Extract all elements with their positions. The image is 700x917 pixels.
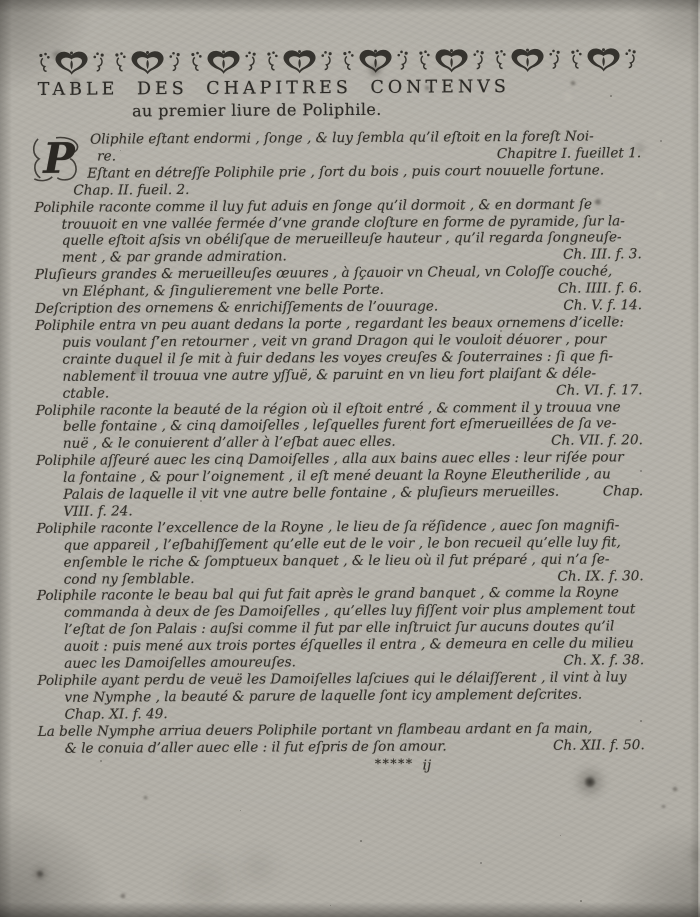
chapter-folio-ref: Ch. IIII. f. 6.	[546, 280, 642, 297]
toc-line-text: nablement il trouua vne autre yſſuë, & p…	[62, 365, 596, 385]
chapter-folio-ref: Chapitre I. fueillet 1.	[485, 145, 641, 163]
toc-line: & le conuia d’aller auec elle : il fut e…	[38, 737, 645, 758]
ornament-band	[35, 45, 639, 77]
toc-list: Oliphile eſtant endormi , ſonge , & luy …	[34, 128, 645, 757]
toc-line-text: vn Eléphant, & ſingulierement vne belle …	[62, 282, 384, 301]
toc-entry: Poliphile aſſeuré auec les cinq Damoiſel…	[36, 449, 643, 520]
toc-line-text: vne Nymphe , la beauté & parure de laque…	[64, 686, 582, 706]
drop-cap-initial-P: P	[30, 135, 82, 183]
chapter-folio-ref: Ch. VII. f. 20.	[539, 433, 643, 451]
toc-line-text: Chap. II. fueil. 2.	[73, 182, 189, 200]
signature-mark: ***** ij	[38, 756, 645, 777]
page-content: TABLE DES CHAPITRES CONTENVS au premier …	[0, 0, 700, 917]
svg-text:P: P	[42, 135, 76, 183]
toc-entry: Poliphile raconte l’excellence de la Roy…	[36, 517, 643, 588]
toc-line-text: re.	[97, 148, 116, 165]
toc-entry: Oliphile eſtant endormi , ſonge , & luy …	[34, 128, 641, 199]
toc-line-text: enſemble le riche & ſomptueux banquet , …	[64, 551, 610, 571]
signature-stars: *****	[375, 755, 414, 772]
chapter-folio-ref: Ch. IX. f. 30.	[545, 568, 643, 586]
fleuron-ornament-icon	[111, 49, 183, 75]
drop-cap-flourish-icon: P	[30, 135, 82, 183]
toc-line-text: cond ny ſemblable.	[64, 571, 195, 589]
toc-line-text: Chap. XI. f. 49.	[65, 706, 168, 724]
toc-entry: Poliphile ayant perdu de veuë les Damoiſ…	[37, 669, 644, 723]
fleuron-ornament-icon	[567, 46, 639, 72]
signature-label: ij	[414, 757, 432, 774]
book-page-scan: TABLE DES CHAPITRES CONTENVS au premier …	[0, 0, 700, 917]
fleuron-ornament-icon	[187, 49, 259, 75]
toc-entry: Poliphile raconte le beau bal qui fut fa…	[37, 585, 645, 673]
toc-line-text: nuë , & le conuierent d’aller à l’eſbat …	[63, 434, 396, 453]
toc-entry: Poliphile raconte comme il luy fut aduis…	[34, 196, 641, 267]
toc-entry: Pluſieurs grandes & merueilleuſes œuures…	[35, 263, 642, 301]
fleuron-ornament-icon	[415, 47, 487, 73]
page-subtitle: au premier liure de Poliphile.	[38, 99, 476, 121]
fleuron-ornament-icon	[263, 48, 335, 74]
toc-line-text: Palais de laquelle il vit vne autre bell…	[63, 484, 559, 504]
chapter-folio-ref: Chap.	[591, 483, 643, 500]
toc-line-text: VIII. f. 24.	[63, 503, 132, 520]
toc-line-text: La belle Nymphe arriua deuers Poliphile …	[38, 720, 593, 740]
toc-line-text: ctable.	[63, 385, 110, 402]
page-title: TABLE DES CHAPITRES CONTENVS	[38, 77, 476, 100]
table-of-chapters: P Oliphile eſtant endormi , ſonge , & lu…	[34, 128, 645, 776]
chapter-folio-ref: Ch. V. f. 14.	[551, 297, 642, 314]
toc-line-text: auec les Damoiſelles amoureuſes.	[64, 654, 296, 672]
toc-line-text: Eſtant en détreſſe Poliphile prie , ſort…	[87, 162, 604, 182]
toc-line-text: belle fontaine , & cinq damoiſelles , le…	[63, 416, 617, 436]
chapter-folio-ref: Ch. III. f. 3.	[551, 247, 642, 264]
chapter-folio-ref: Ch. XII. f. 50.	[541, 737, 645, 755]
fleuron-ornament-icon	[339, 48, 411, 74]
toc-entry: La belle Nymphe arriua deuers Poliphile …	[38, 720, 645, 758]
fleuron-ornament-icon	[35, 49, 107, 75]
toc-line-text: quelle eſtoit aſsis vn obéliſque de meru…	[62, 230, 622, 250]
toc-entry: Poliphile entra vn peu auant dedans la p…	[35, 314, 643, 402]
chapter-folio-ref: Ch. X. f. 38.	[551, 652, 644, 669]
toc-line-text: Pluſieurs grandes & merueilleuſes œuures…	[35, 264, 612, 284]
fleuron-ornament-icon	[491, 47, 563, 73]
toc-entry: Poliphile raconte la beauté de la région…	[36, 399, 643, 453]
chapter-folio-ref: Ch. VI. f. 17.	[544, 382, 643, 400]
toc-line-text: ment , & par grande admiration.	[62, 249, 287, 267]
toc-line-text: auoit : puis mené aux trois portes éſque…	[64, 635, 634, 655]
